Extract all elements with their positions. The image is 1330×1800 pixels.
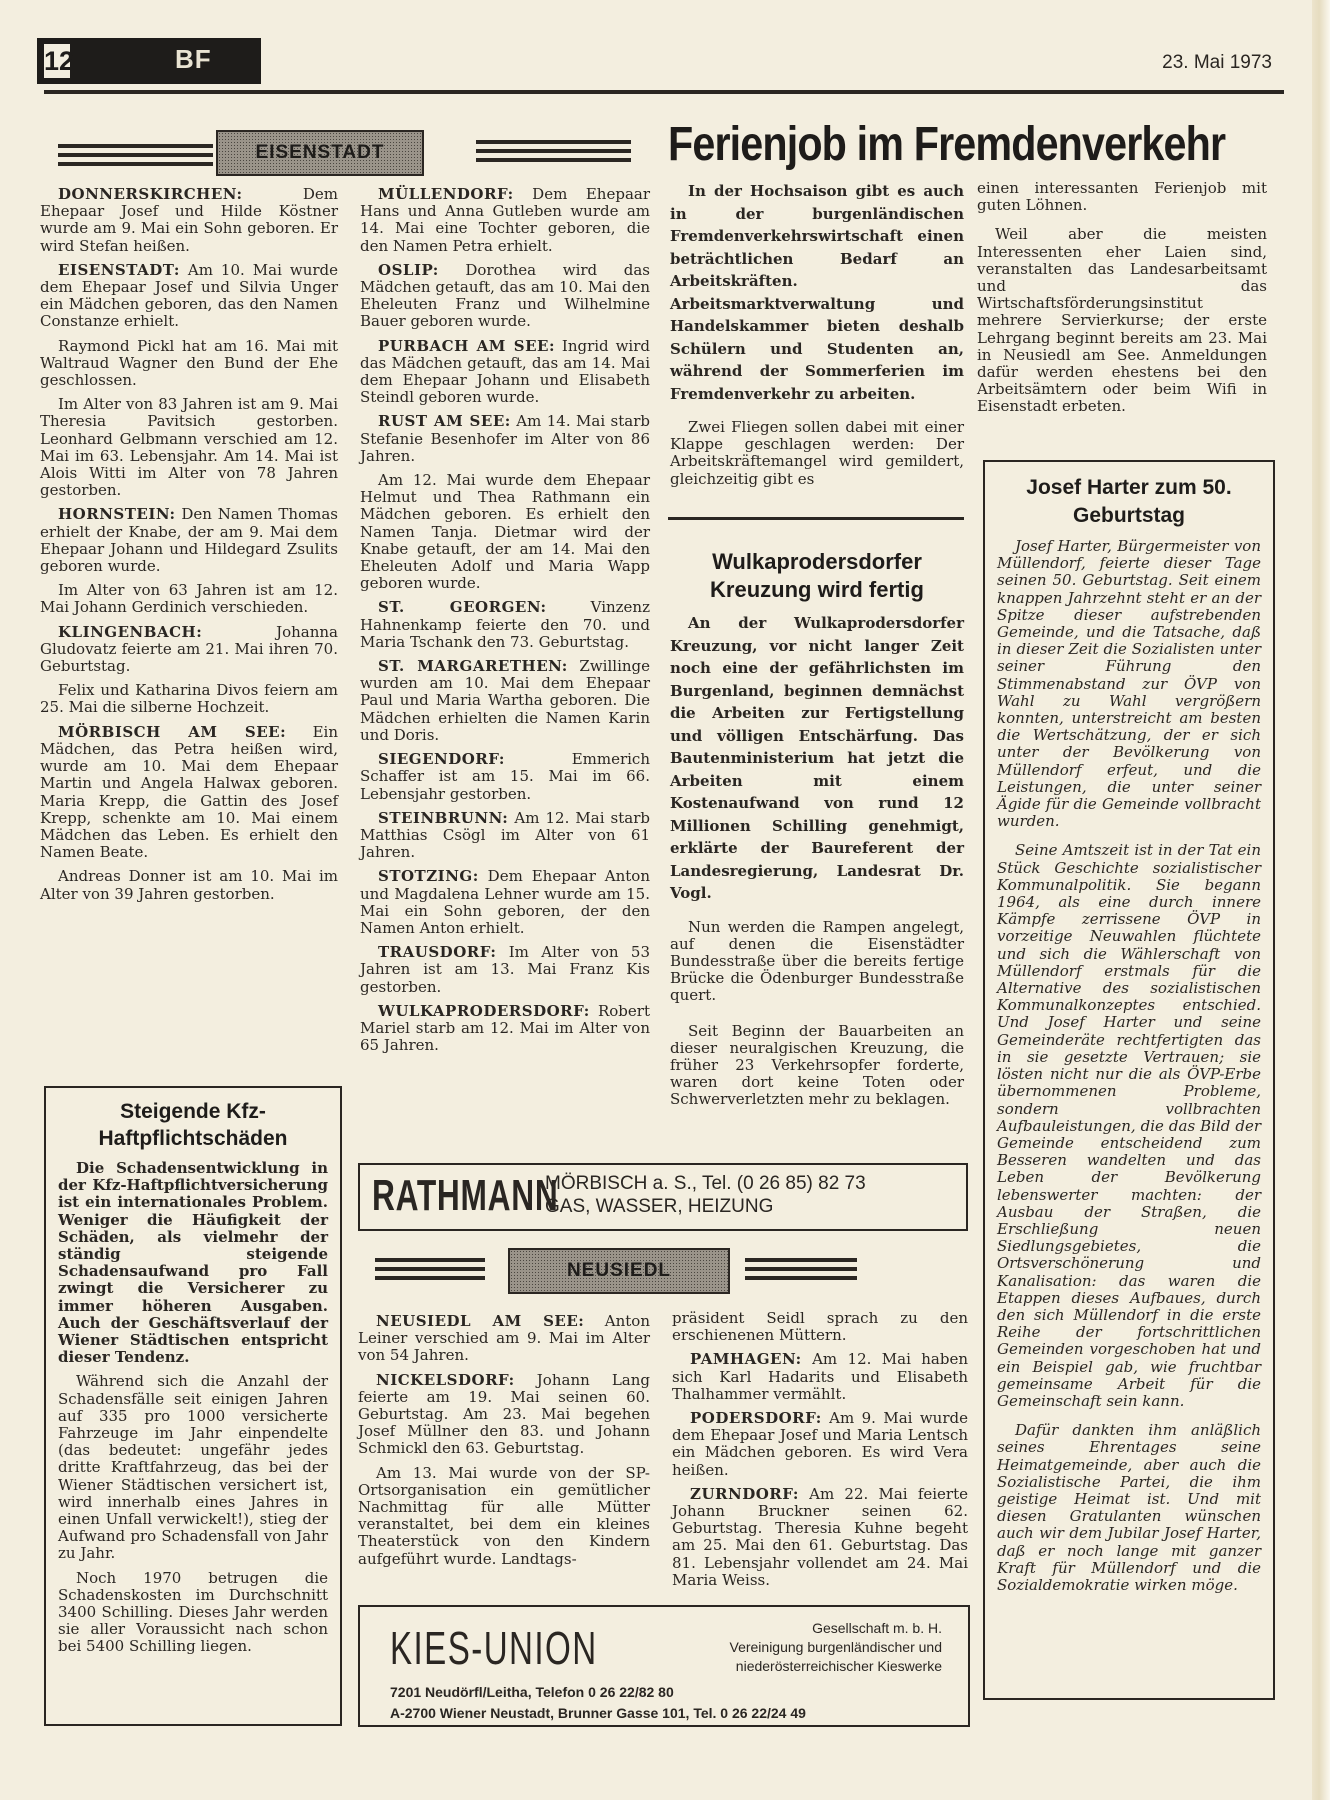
notice-item: OSLIP: Dorothea wird das Mädchen getauft… [360, 262, 650, 331]
notice-place: RUST AM SEE: [378, 412, 511, 430]
eisenstadt-column-1: DONNERSKIRCHEN: Dem Ehepaar Josef und Hi… [40, 186, 338, 910]
notice-text: Andreas Donner ist am 10. Mai im Alter v… [40, 867, 338, 902]
notice-item: DONNERSKIRCHEN: Dem Ehepaar Josef und Hi… [40, 186, 338, 255]
banner-rule-left [58, 144, 213, 168]
notice-item: PAMHAGEN: Am 12. Mai haben sich Karl Had… [672, 1351, 968, 1403]
article-harter-box: Josef Harter zum 50. Geburtstag Josef Ha… [983, 460, 1275, 1700]
article-ferienjob-col1: In der Hochsaison gibt es auch in der bu… [670, 180, 964, 495]
banner-rule-left-2 [375, 1258, 485, 1282]
notice-item: MÜLLENDORF: Dem Ehepaar Hans und Anna Gu… [360, 186, 650, 255]
ad-kies-right-line2: Vereinigung burgenländischer und [642, 1638, 942, 1657]
notice-item: ST. GEORGEN: Vinzenz Hahnenkamp feierte … [360, 599, 650, 651]
notice-item: Andreas Donner ist am 10. Mai im Alter v… [40, 868, 338, 902]
article-kfz-box: Steigende Kfz-Haftpflichtschäden Die Sch… [44, 1086, 342, 1726]
ad-rathmann-line2: GAS, WASSER, HEIZUNG [545, 1196, 773, 1218]
headline-kreuzung: Wulkaprodersdorfer Kreuzung wird fertig [670, 548, 964, 604]
ferienjob-paragraph-2: Weil aber die meisten Interessenten eher… [977, 226, 1267, 415]
notice-item: WULKAPRODERSDORF: Robert Mariel starb am… [360, 1003, 650, 1055]
banner-rule-right-2 [745, 1258, 857, 1282]
kreuzung-paragraph-1: Nun werden die Rampen angelegt, auf dene… [670, 919, 964, 1005]
notice-item: Raymond Pickl hat am 16. Mai mit Waltrau… [40, 338, 338, 390]
notice-text: Am 13. Mai wurde von der SP-Ortsorganisa… [358, 1464, 650, 1568]
neusiedl-column-2: präsident Seidl sprach zu den erschienen… [672, 1310, 968, 1596]
ad-kies-right-line3: niederösterreichischer Kieswerke [642, 1657, 942, 1676]
notice-text: Am 12. Mai wurde dem Ehepaar Helmut und … [360, 471, 650, 592]
notice-item: MÖRBISCH AM SEE: Ein Mädchen, das Petra … [40, 724, 338, 862]
notice-place: PURBACH AM SEE: [378, 337, 555, 355]
notice-place: HORNSTEIN: [58, 505, 176, 523]
notice-place: TRAUSDORF: [378, 943, 496, 961]
notice-text: Im Alter von 63 Jahren ist am 12. Mai Jo… [40, 581, 338, 616]
kfz-paragraph-1: Während sich die Anzahl der Schadensfäll… [58, 1373, 328, 1562]
section-banner-neusiedl: NEUSIEDL [508, 1248, 730, 1294]
notice-text: Raymond Pickl hat am 16. Mai mit Waltrau… [40, 337, 338, 389]
notice-place: SIEGENDORF: [378, 750, 505, 768]
ferienjob-paragraph-1: Zwei Fliegen sollen dabei mit einer Klap… [670, 419, 964, 488]
notice-place: STEINBRUNN: [378, 809, 508, 827]
notice-item: Im Alter von 63 Jahren ist am 12. Mai Jo… [40, 582, 338, 616]
kreuzung-rule [668, 517, 964, 520]
notice-place: KLINGENBACH: [58, 623, 202, 641]
notice-item: NEUSIEDL AM SEE: Anton Leiner verschied … [358, 1313, 650, 1365]
notice-text: Felix und Katharina Divos feiern am 25. … [40, 681, 338, 716]
kreuzung-paragraph-2: Seit Beginn der Bauarbeiten an dieser ne… [670, 1023, 964, 1109]
article-kreuzung: Wulkaprodersdorfer Kreuzung wird fertig … [670, 540, 964, 1116]
ad-kies-name: KIES-UNION [390, 1621, 598, 1675]
page-edge [1312, 0, 1330, 1800]
notice-text: Ein Mädchen, das Petra heißen wird, wurd… [40, 723, 338, 861]
notice-place: PODERSDORF: [690, 1409, 822, 1427]
notice-place: WULKAPRODERSDORF: [378, 1002, 590, 1020]
notice-text: Im Alter von 83 Jahren ist am 9. Mai The… [40, 395, 338, 499]
notice-item: STEINBRUNN: Am 12. Mai starb Matthias Cs… [360, 810, 650, 862]
ad-rathmann: RATHMANN MÖRBISCH a. S., Tel. (0 26 85) … [358, 1163, 968, 1231]
notice-place: MÖRBISCH AM SEE: [58, 723, 286, 741]
notice-place: STOTZING: [378, 867, 479, 885]
notice-place: DONNERSKIRCHEN: [58, 185, 243, 203]
notice-item: präsident Seidl sprach zu den erschienen… [672, 1310, 968, 1344]
ad-kies-company-info: Gesellschaft m. b. H. Vereinigung burgen… [642, 1619, 942, 1676]
ferienjob-lead: In der Hochsaison gibt es auch in der bu… [670, 180, 964, 405]
harter-paragraph-1: Josef Harter, Bürgermeister von Müllendo… [997, 538, 1261, 830]
kfz-lead: Die Schadensentwicklung in der Kfz-Haftp… [58, 1160, 328, 1366]
page-number: 12 [42, 42, 72, 80]
kfz-paragraph-2: Noch 1970 betrugen die Schadenskosten im… [58, 1570, 328, 1656]
section-banner-eisenstadt: EISENSTADT [216, 130, 424, 176]
neusiedl-column-1: NEUSIEDL AM SEE: Anton Leiner verschied … [358, 1313, 650, 1575]
notice-item: Felix und Katharina Divos feiern am 25. … [40, 682, 338, 716]
notice-item: RUST AM SEE: Am 14. Mai starb Stefanie B… [360, 413, 650, 465]
headline-harter: Josef Harter zum 50. Geburtstag [997, 474, 1261, 530]
eisenstadt-column-2: MÜLLENDORF: Dem Ehepaar Hans und Anna Gu… [360, 186, 650, 1061]
notice-place: ST. MARGARETHEN: [378, 657, 568, 675]
ferienjob-paragraph-1-cont: einen interessanten Ferienjob mit guten … [977, 180, 1267, 214]
ad-kies-union: KIES-UNION Gesellschaft m. b. H. Vereini… [358, 1605, 970, 1727]
issue-date: 23. Mai 1973 [1162, 52, 1272, 74]
notice-item: STOTZING: Dem Ehepaar Anton und Magdalen… [360, 868, 650, 937]
paper-id: BF [175, 44, 212, 75]
kreuzung-lead: An der Wulkaprodersdorfer Kreuzung, vor … [670, 612, 964, 905]
notice-item: HORNSTEIN: Den Namen Thomas erhielt der … [40, 506, 338, 575]
headline-kfz: Steigende Kfz-Haftpflichtschäden [58, 1098, 328, 1152]
notice-item: Am 13. Mai wurde von der SP-Ortsorganisa… [358, 1465, 650, 1568]
notice-place: OSLIP: [378, 261, 439, 279]
ad-kies-address-2: A-2700 Wiener Neustadt, Brunner Gasse 10… [390, 1703, 806, 1723]
banner-rule-right [476, 140, 631, 164]
notice-place: ST. GEORGEN: [378, 598, 547, 616]
harter-paragraph-3: Dafür dankten ihm anläßlich seines Ehren… [997, 1422, 1261, 1594]
notice-item: PURBACH AM SEE: Ingrid wird das Mädchen … [360, 338, 650, 407]
notice-item: TRAUSDORF: Im Alter von 53 Jahren ist am… [360, 944, 650, 996]
notice-place: ZURNDORF: [690, 1485, 799, 1503]
notice-place: MÜLLENDORF: [378, 185, 514, 203]
notice-item: NICKELSDORF: Johann Lang feierte am 19. … [358, 1372, 650, 1458]
article-ferienjob-col2: einen interessanten Ferienjob mit guten … [977, 180, 1267, 423]
notice-place: NICKELSDORF: [376, 1371, 515, 1389]
headline-ferienjob: Ferienjob im Fremdenverkehr [668, 117, 1174, 173]
notice-item: ZURNDORF: Am 22. Mai feierte Johann Bruc… [672, 1486, 968, 1589]
notice-item: KLINGENBACH: Johanna Gludovatz feierte a… [40, 624, 338, 676]
notice-item: Im Alter von 83 Jahren ist am 9. Mai The… [40, 396, 338, 499]
notice-place: NEUSIEDL AM SEE: [376, 1312, 584, 1330]
notice-text: präsident Seidl sprach zu den erschienen… [672, 1309, 968, 1344]
ad-rathmann-name: RATHMANN [372, 1171, 558, 1221]
notice-place: PAMHAGEN: [690, 1350, 802, 1368]
ad-kies-address-1: 7201 Neudörfl/Leitha, Telefon 0 26 22/82… [390, 1682, 674, 1702]
harter-paragraph-2: Seine Amtszeit ist in der Tat ein Stück … [997, 842, 1261, 1410]
ad-kies-right-line1: Gesellschaft m. b. H. [642, 1619, 942, 1638]
notice-item: EISENSTADT: Am 10. Mai wurde dem Ehepaar… [40, 262, 338, 331]
masthead-rule [44, 90, 1284, 94]
ad-rathmann-line1: MÖRBISCH a. S., Tel. (0 26 85) 82 73 [545, 1173, 866, 1195]
notice-item: PODERSDORF: Am 9. Mai wurde dem Ehepaar … [672, 1410, 968, 1479]
notice-item: SIEGENDORF: Emmerich Schaffer ist am 15.… [360, 751, 650, 803]
notice-item: Am 12. Mai wurde dem Ehepaar Helmut und … [360, 472, 650, 592]
notice-place: EISENSTADT: [58, 261, 180, 279]
notice-item: ST. MARGARETHEN: Zwillinge wurden am 10.… [360, 658, 650, 744]
